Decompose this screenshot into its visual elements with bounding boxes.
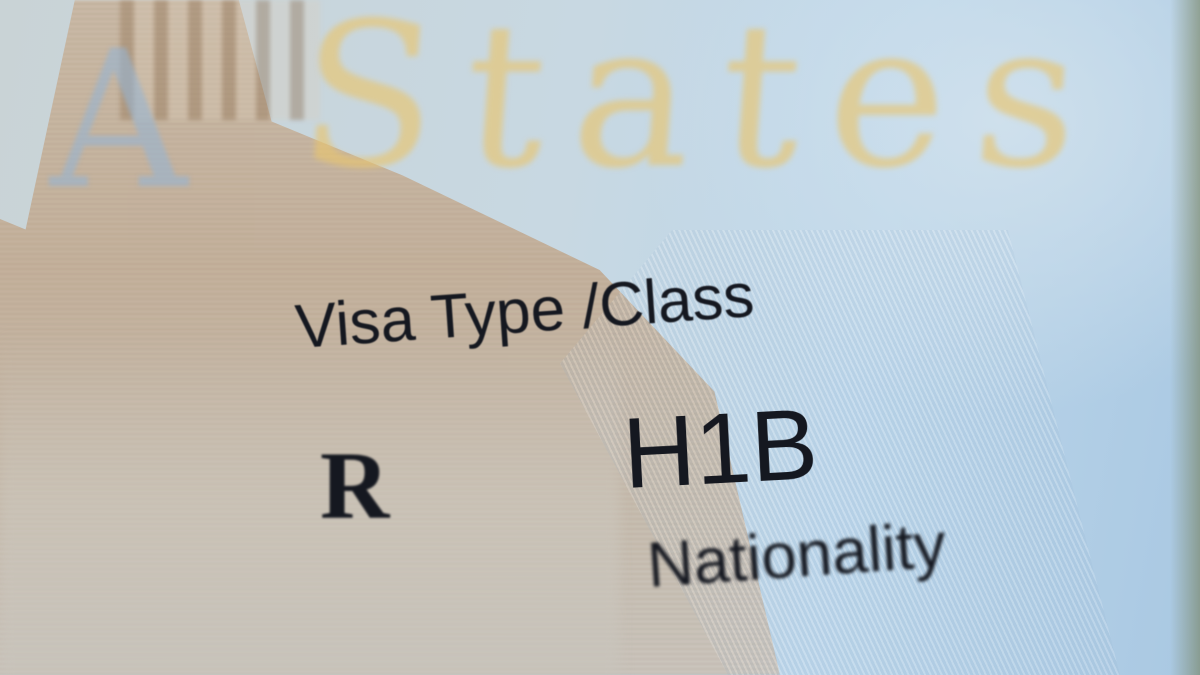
visa-photo: A States Visa Type /Class R H1B National…: [0, 0, 1200, 675]
visa-class-value: H1B: [620, 387, 820, 512]
entries-value: R: [320, 430, 389, 541]
watermark-states: States: [292, 0, 1114, 213]
watermark-letter: A: [50, 10, 187, 231]
background-blur: [0, 330, 620, 675]
document-edge: [1170, 0, 1200, 675]
